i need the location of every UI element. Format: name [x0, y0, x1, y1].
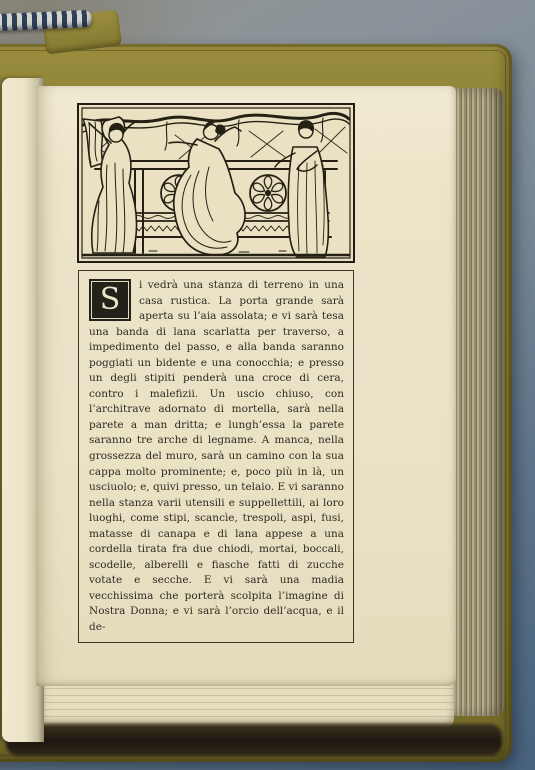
book-bottom-shadow — [6, 724, 502, 756]
fore-edge-page-stack — [452, 88, 504, 716]
text-block: S i vedrà una stanza di terreno in una c… — [78, 270, 354, 643]
middle-woman-figure — [169, 121, 245, 255]
stage-direction-text: i vedrà una stanza di terreno in una cas… — [89, 279, 344, 633]
underlying-page-edges — [42, 682, 454, 728]
book-page: S i vedrà una stanza di terreno in una c… — [36, 86, 456, 686]
three-women-woodcut — [79, 105, 353, 261]
drop-cap-letter: S — [89, 279, 131, 321]
drop-cap: S — [89, 279, 131, 321]
rosette-right — [250, 175, 286, 211]
woodcut-illustration — [77, 103, 355, 263]
